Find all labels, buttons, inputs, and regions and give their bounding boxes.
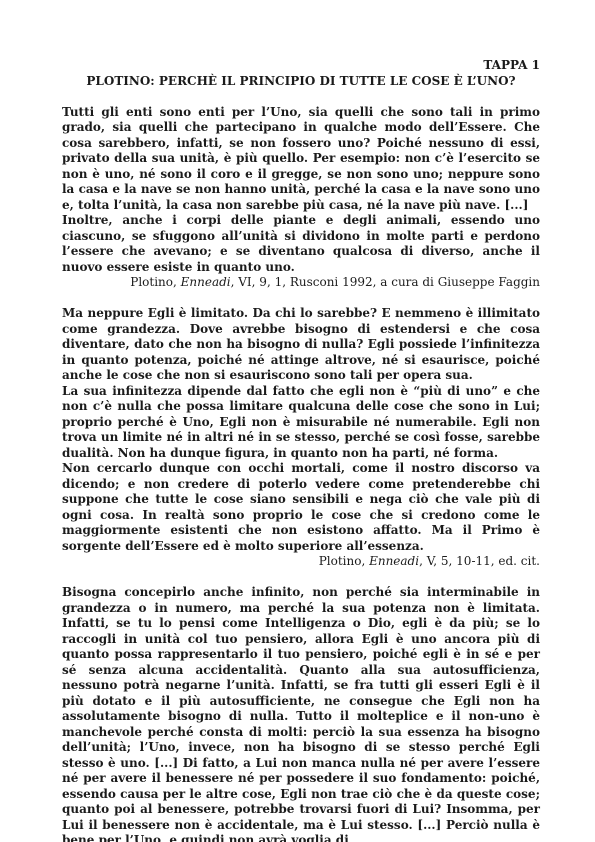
- spacer: [62, 89, 540, 105]
- paragraph: Bisogna concepirlo anche infinito, non p…: [62, 585, 540, 842]
- paragraph: Non cercarlo dunque con occhi mortali, c…: [62, 461, 540, 554]
- paragraph: Inoltre, anche i corpi delle piante e de…: [62, 213, 540, 275]
- page-header: TAPPA 1: [62, 58, 540, 74]
- citation-author: Plotino,: [319, 554, 369, 568]
- paragraph: La sua infinitezza dipende dal fatto che…: [62, 384, 540, 462]
- citation-reference: , V, 5, 10-11, ed. cit.: [419, 554, 540, 568]
- page-title: PLOTINO: PERCHÈ IL PRINCIPIO DI TUTTE LE…: [62, 74, 540, 90]
- citation-reference: , VI, 9, 1, Rusconi 1992, a cura di Gius…: [231, 275, 540, 289]
- paragraph: Ma neppure Egli è limitato. Da chi lo sa…: [62, 306, 540, 384]
- citation-work-title: Enneadi: [181, 275, 231, 289]
- citation-work-title: Enneadi: [369, 554, 419, 568]
- citation-author: Plotino,: [130, 275, 180, 289]
- paragraph: Tutti gli enti sono enti per l’Uno, sia …: [62, 105, 540, 214]
- citation: Plotino, Enneadi, VI, 9, 1, Rusconi 1992…: [62, 275, 540, 291]
- citation: Plotino, Enneadi, V, 5, 10-11, ed. cit.: [62, 554, 540, 570]
- document-page: TAPPA 1 PLOTINO: PERCHÈ IL PRINCIPIO DI …: [0, 0, 595, 842]
